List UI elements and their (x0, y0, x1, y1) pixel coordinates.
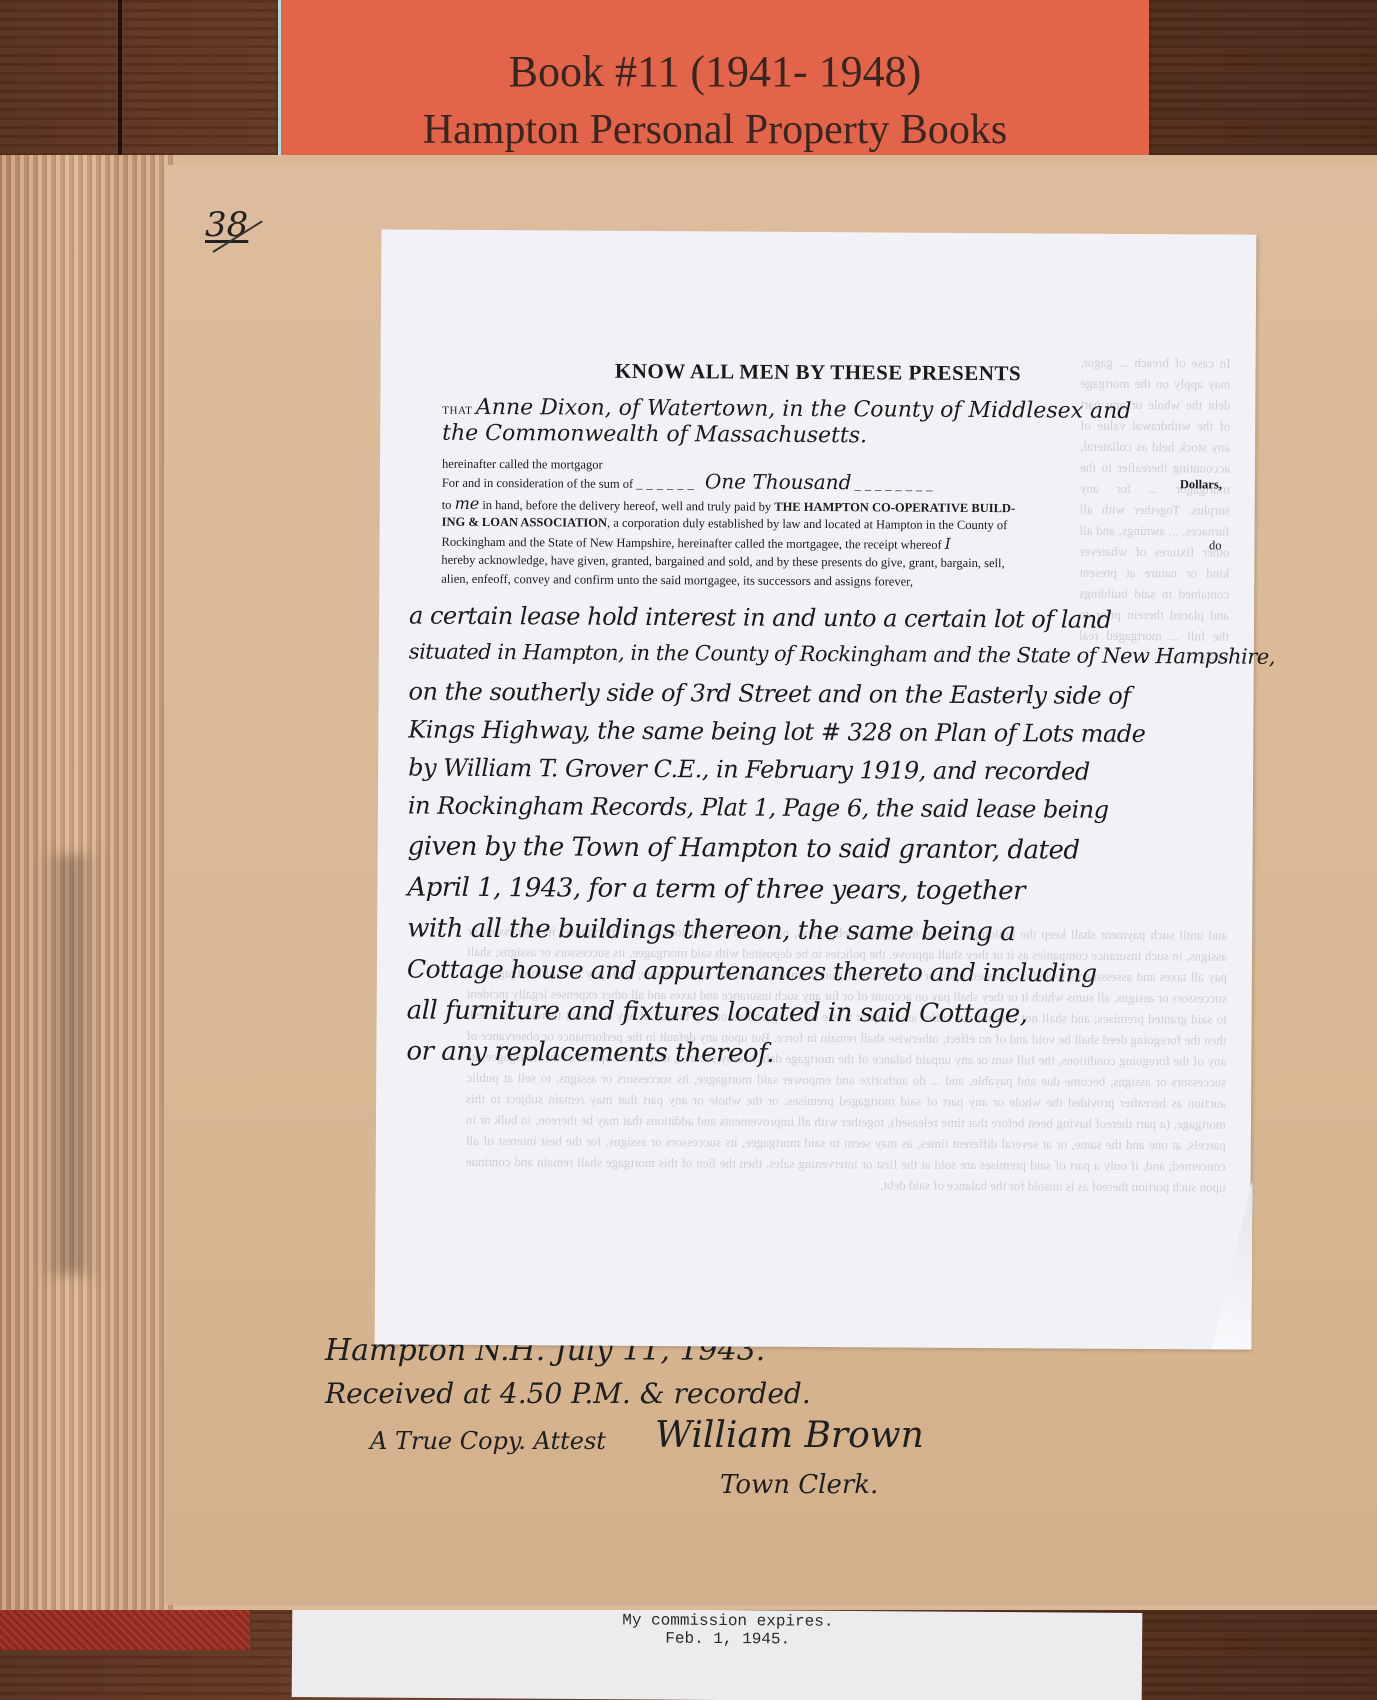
description-line-3: on the southerly side of 3rd Street and … (409, 678, 1131, 710)
page-number: 38 (205, 205, 248, 245)
do-label: do (1209, 536, 1222, 555)
true-copy-attest: A True Copy. Attest (370, 1427, 606, 1455)
folded-corner (1212, 1179, 1253, 1349)
deed-title: KNOW ALL MEN BY THESE PRESENTS (380, 357, 1255, 387)
mortgage-deed: In case of breach ... gagor, may apply o… (375, 229, 1257, 1349)
state-text: Rockingham and the State of New Hampshir… (441, 535, 941, 552)
to-handwritten: me (455, 494, 480, 513)
slip-line-1: My commission expires. (622, 1611, 833, 1630)
grantor-line-1: Anne Dixon, of Watertown, in the County … (476, 395, 1132, 424)
table-seam (118, 0, 122, 160)
corporation-text: , a corporation duly established by law … (607, 516, 1007, 532)
association-name-2: ING & LOAN ASSOCIATION (442, 515, 608, 530)
description-line-2: situated in Hampton, in the County of Ro… (409, 640, 1275, 669)
description-line-6: in Rockingham Records, Plat 1, Page 6, t… (408, 792, 1109, 824)
clerk-signature: William Brown (655, 1415, 924, 1456)
dollars-label: Dollars, (1180, 475, 1222, 494)
cover-sheet: Book #11 (1941- 1948) Hampton Personal P… (278, 0, 1149, 170)
description-line-8: April 1, 1943, for a term of three years… (407, 873, 1025, 907)
description-line-9: with all the buildings thereon, the same… (407, 914, 1015, 948)
page-edges (0, 155, 175, 1610)
description-line-1: a certain lease hold interest in and unt… (409, 602, 1112, 634)
that-label: THAT (442, 405, 472, 417)
consideration-prefix: For and in consideration of the sum of (442, 476, 633, 491)
recording-time: Received at 4.50 P.M. & recorded. (325, 1377, 811, 1410)
cover-title: Book #11 (1941- 1948) (281, 46, 1149, 97)
grantor-line-2: the Commonwealth of Massachusetts. (442, 424, 1222, 448)
description-line-5: by William T. Grover C.E., in February 1… (408, 754, 1090, 786)
description-line-7: given by the Town of Hampton to said gra… (408, 832, 1080, 866)
clerk-title: Town Clerk. (720, 1470, 878, 1500)
payment-text: in hand, before the delivery hereof, wel… (482, 498, 771, 514)
slip-text: My commission expires. Feb. 1, 1945. (622, 1611, 833, 1648)
slip-line-2: Feb. 1, 1945. (622, 1629, 833, 1648)
description-line-4: Kings Highway, the same being lot # 328 … (408, 716, 1145, 749)
convey-text: alien, enfeoff, convey and confirm unto … (441, 570, 1221, 594)
cover-subtitle: Hampton Personal Property Books (281, 106, 1149, 154)
receipt-handwritten: I (945, 535, 951, 553)
description-line-10: Cottage house and appurtenances thereto … (407, 955, 1097, 988)
red-book-cover (0, 1610, 250, 1650)
sum-handwritten: One Thousand (705, 469, 852, 494)
description-line-12: or any replacements thereof. (406, 1037, 774, 1069)
to-label: to (442, 498, 452, 512)
typed-slip: My commission expires. Feb. 1, 1945. (292, 1607, 1143, 1700)
association-name-1: THE HAMPTON CO-OPERATIVE BUILD- (774, 500, 1015, 515)
description-line-11: all furniture and fixtures located in sa… (407, 996, 1028, 1030)
